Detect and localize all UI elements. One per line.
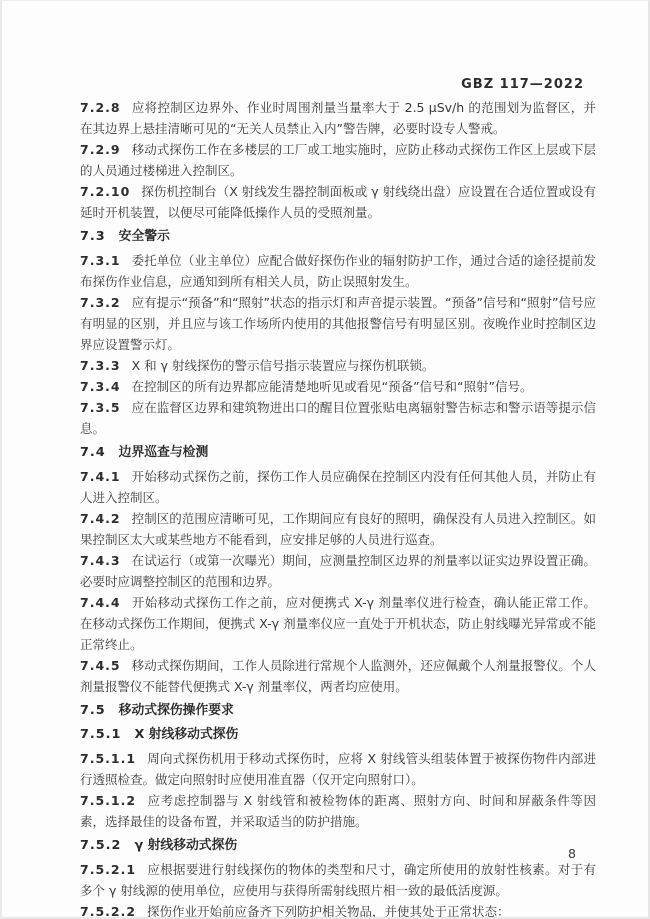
clause-7-4-3: 7.4.3在试运行（或第一次曝光）期间，应测量控制区边界的剂量率以证实边界设置正… <box>80 550 596 592</box>
clause-number: 7.2.9 <box>80 142 121 157</box>
clause-text: 移动式探伤工作在多楼层的工厂或工地实施时，应防止移动式探伤工作区上层或下层的人员… <box>80 142 596 178</box>
clause-7-3-1: 7.3.1委托单位（业主单位）应配合做好探伤作业的辐射防护工作，通过合适的途径提… <box>80 250 596 292</box>
clause-7-5-1-1: 7.5.1.1周向式探伤机用于移动式探伤时，应将 X 射线管头组装体置于被探伤物… <box>80 748 596 790</box>
section-number: 7.5.2 <box>80 838 121 853</box>
clause-text: 应将控制区边界外、作业时周围剂量当量率大于 2.5 μSv/h 的范围划为监督区… <box>80 100 596 136</box>
section-title: 移动式探伤操作要求 <box>119 703 234 718</box>
clause-7-5-2-1: 7.5.2.1应根据要进行射线探伤的物体的类型和尺寸，确定所使用的放射性核素。对… <box>80 859 596 901</box>
section-title: γ 射线移动式探伤 <box>134 838 237 853</box>
clause-text: 应考虑控制器与 X 射线管和被检物体的距离、照射方向、时间和屏蔽条件等因素，选择… <box>80 793 596 829</box>
section-heading-7-4: 7.4边界巡查与检测 <box>80 442 596 463</box>
clause-number: 7.3.3 <box>80 358 121 373</box>
clause-number: 7.3.4 <box>80 379 121 394</box>
clause-text: 移动式探伤期间，工作人员除进行常规个人监测外，还应佩戴个人剂量报警仪。个人剂量报… <box>80 658 596 694</box>
clause-text: 开始移动式探伤工作之前，应对便携式 X-γ 剂量率仪进行检查，确认能正常工作。在… <box>80 595 596 652</box>
clause-text: 应根据要进行射线探伤的物体的类型和尺寸，确定所使用的放射性核素。对于有多个 γ … <box>80 862 596 898</box>
section-heading-7-5-2: 7.5.2γ 射线移动式探伤 <box>80 835 596 856</box>
clause-text: 在控制区的所有边界都应能清楚地听见或看见“预备”信号和“照射”信号。 <box>132 379 533 394</box>
clause-number: 7.5.2.2 <box>80 904 136 919</box>
clause-7-5-2-2: 7.5.2.2探伤作业开始前应备齐下列防护相关物品，并使其处于正常状态： <box>80 901 596 919</box>
clause-number: 7.5.1.1 <box>80 751 136 766</box>
clause-text: 应在监督区边界和建筑物进出口的醒目位置张贴电离辐射警告标志和警示语等提示信息。 <box>80 400 596 436</box>
clause-text: 探伤作业开始前应备齐下列防护相关物品，并使其处于正常状态： <box>147 904 510 919</box>
clause-number: 7.4.5 <box>80 658 121 673</box>
clause-7-3-3: 7.3.3X 和 γ 射线探伤的警示信号指示装置应与探伤机联锁。 <box>80 355 596 376</box>
document-body: 7.2.8应将控制区边界外、作业时周围剂量当量率大于 2.5 μSv/h 的范围… <box>80 97 596 919</box>
section-heading-7-5: 7.5移动式探伤操作要求 <box>80 700 596 721</box>
clause-7-4-1: 7.4.1开始移动式探伤之前，探伤工作人员应确保在控制区内没有任何其他人员，并防… <box>80 466 596 508</box>
clause-number: 7.4.2 <box>80 511 121 526</box>
clause-text: 应有提示“预备”和“照射”状态的指示灯和声音提示装置。“预备”信号和“照射”信号… <box>80 295 596 352</box>
clause-7-2-10: 7.2.10探伤机控制台（X 射线发生器控制面板或 γ 射线绕出盘）应设置在合适… <box>80 181 596 223</box>
clause-number: 7.4.4 <box>80 595 121 610</box>
clause-number: 7.4.1 <box>80 469 121 484</box>
clause-number: 7.5.2.1 <box>80 862 136 877</box>
clause-number: 7.5.1.2 <box>80 793 136 808</box>
clause-text: 在试运行（或第一次曝光）期间，应测量控制区边界的剂量率以证实边界设置正确。必要时… <box>80 553 596 589</box>
clause-7-4-4: 7.4.4开始移动式探伤工作之前，应对便携式 X-γ 剂量率仪进行检查，确认能正… <box>80 592 596 655</box>
section-number: 7.5 <box>80 703 106 718</box>
clause-text: 探伤机控制台（X 射线发生器控制面板或 γ 射线绕出盘）应设置在合适位置或设有延… <box>80 184 596 220</box>
section-title: 边界巡查与检测 <box>119 445 209 460</box>
standard-number-header: GBZ 117—2022 <box>461 77 584 92</box>
page-number: 8 <box>568 846 576 861</box>
clause-7-3-5: 7.3.5应在监督区边界和建筑物进出口的醒目位置张贴电离辐射警告标志和警示语等提… <box>80 397 596 439</box>
document-page: GBZ 117—2022 7.2.8应将控制区边界外、作业时周围剂量当量率大于 … <box>0 0 650 919</box>
clause-text: 委托单位（业主单位）应配合做好探伤作业的辐射防护工作，通过合适的途径提前发布探伤… <box>80 253 596 289</box>
clause-text: 周向式探伤机用于移动式探伤时，应将 X 射线管头组装体置于被探伤物件内部进行透照… <box>80 751 596 787</box>
section-title: X 射线移动式探伤 <box>134 727 238 742</box>
clause-text: 控制区的范围应清晰可见，工作期间应有良好的照明，确保没有人员进入控制区。如果控制… <box>80 511 596 547</box>
clause-number: 7.3.2 <box>80 295 121 310</box>
section-title: 安全警示 <box>119 229 170 244</box>
clause-7-2-8: 7.2.8应将控制区边界外、作业时周围剂量当量率大于 2.5 μSv/h 的范围… <box>80 97 596 139</box>
section-number: 7.5.1 <box>80 727 121 742</box>
clause-number: 7.3.1 <box>80 253 121 268</box>
clause-text: 开始移动式探伤之前，探伤工作人员应确保在控制区内没有任何其他人员，并防止有人进入… <box>80 469 596 505</box>
section-heading-7-3: 7.3安全警示 <box>80 226 596 247</box>
clause-7-3-2: 7.3.2应有提示“预备”和“照射”状态的指示灯和声音提示装置。“预备”信号和“… <box>80 292 596 355</box>
section-heading-7-5-1: 7.5.1X 射线移动式探伤 <box>80 724 596 745</box>
clause-7-5-1-2: 7.5.1.2应考虑控制器与 X 射线管和被检物体的距离、照射方向、时间和屏蔽条… <box>80 790 596 832</box>
clause-7-3-4: 7.3.4在控制区的所有边界都应能清楚地听见或看见“预备”信号和“照射”信号。 <box>80 376 596 397</box>
clause-text: X 和 γ 射线探伤的警示信号指示装置应与探伤机联锁。 <box>132 358 435 373</box>
clause-7-2-9: 7.2.9移动式探伤工作在多楼层的工厂或工地实施时，应防止移动式探伤工作区上层或… <box>80 139 596 181</box>
section-number: 7.4 <box>80 445 106 460</box>
clause-7-4-5: 7.4.5移动式探伤期间，工作人员除进行常规个人监测外，还应佩戴个人剂量报警仪。… <box>80 655 596 697</box>
clause-number: 7.3.5 <box>80 400 121 415</box>
clause-number: 7.2.8 <box>80 100 121 115</box>
section-number: 7.3 <box>80 229 106 244</box>
clause-7-4-2: 7.4.2控制区的范围应清晰可见，工作期间应有良好的照明，确保没有人员进入控制区… <box>80 508 596 550</box>
clause-number: 7.4.3 <box>80 553 121 568</box>
clause-number: 7.2.10 <box>80 184 130 199</box>
